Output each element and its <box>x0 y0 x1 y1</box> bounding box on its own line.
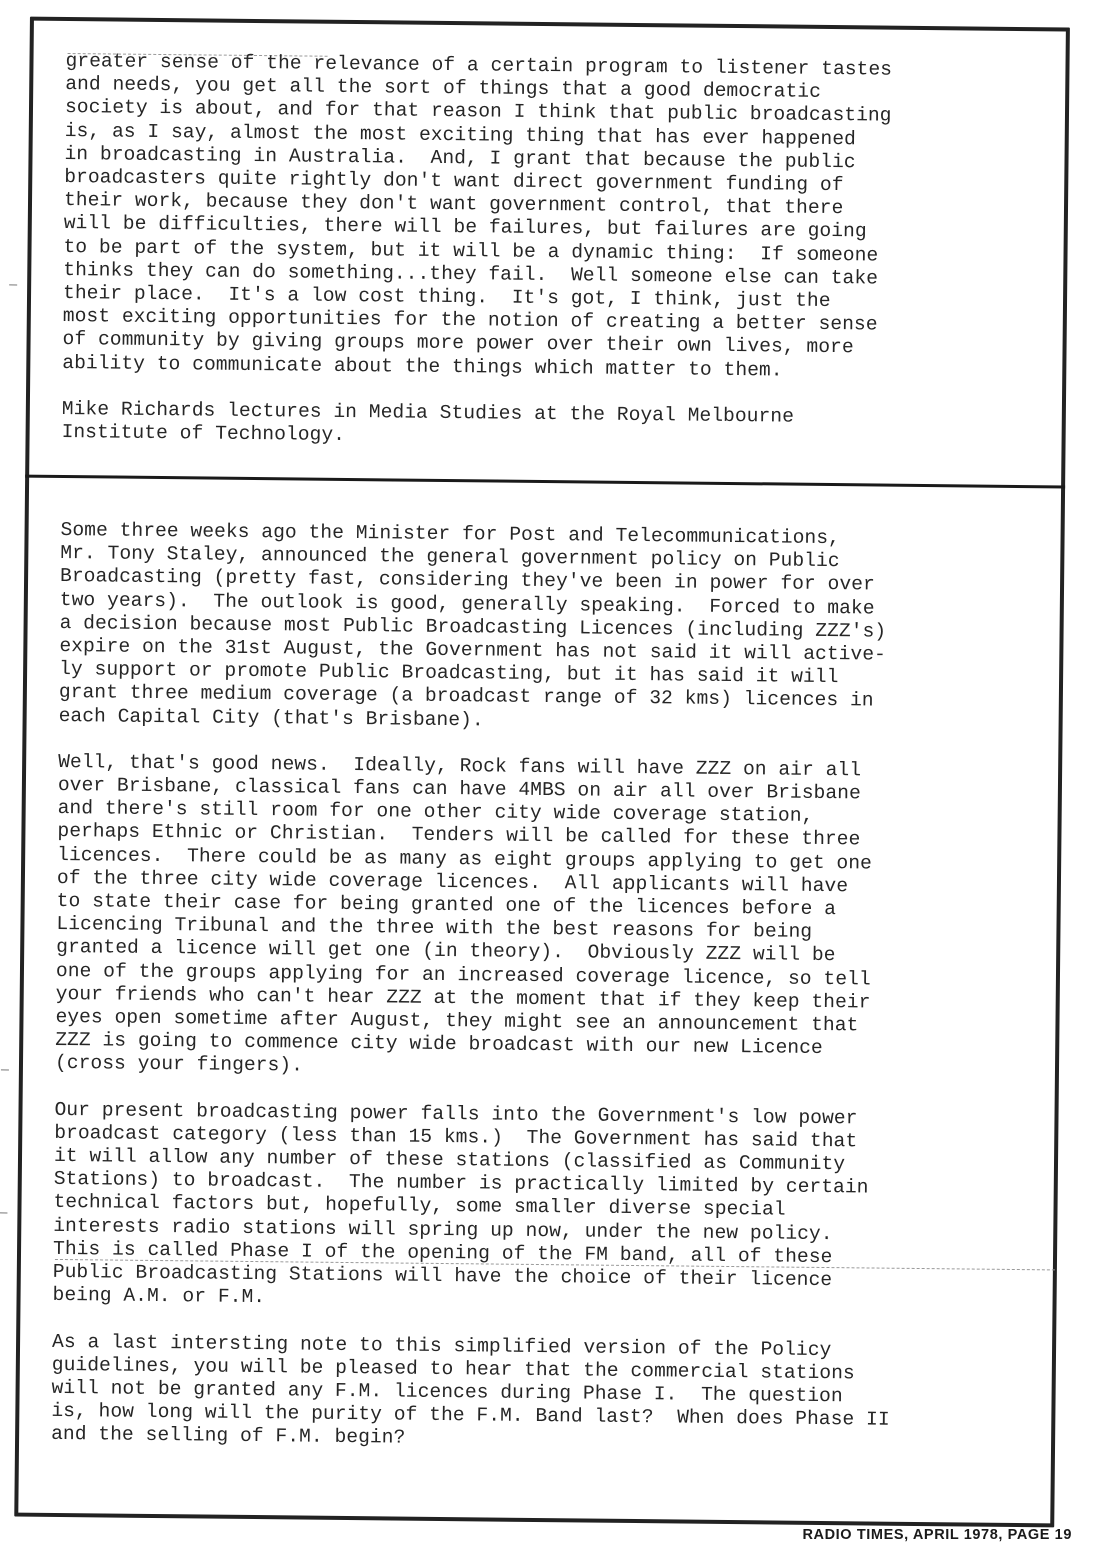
paragraph: Well, that's good news. Ideally, Rock fa… <box>55 751 1058 1086</box>
scanned-page: greater sense of the relevance of a cert… <box>0 0 1100 1561</box>
page-footer-caption: RADIO TIMES, APRIL 1978, PAGE 19 <box>802 1527 1072 1543</box>
margin-tick <box>1 1069 9 1070</box>
upper-article-section: greater sense of the relevance of a cert… <box>61 50 1065 478</box>
margin-tick <box>9 284 17 285</box>
paragraph: Mike Richards lectures in Media Studies … <box>61 398 1061 455</box>
paragraph: greater sense of the relevance of a cert… <box>62 50 1065 385</box>
paragraph: Some three weeks ago the Minister for Po… <box>59 519 1061 738</box>
margin-tick <box>0 1212 7 1213</box>
paragraph: Our present broadcasting power falls int… <box>52 1099 1054 1318</box>
paragraph: As a last intersting note to this simpli… <box>51 1330 1052 1456</box>
lower-article-section: Some three weeks ago the Minister for Po… <box>51 519 1061 1480</box>
